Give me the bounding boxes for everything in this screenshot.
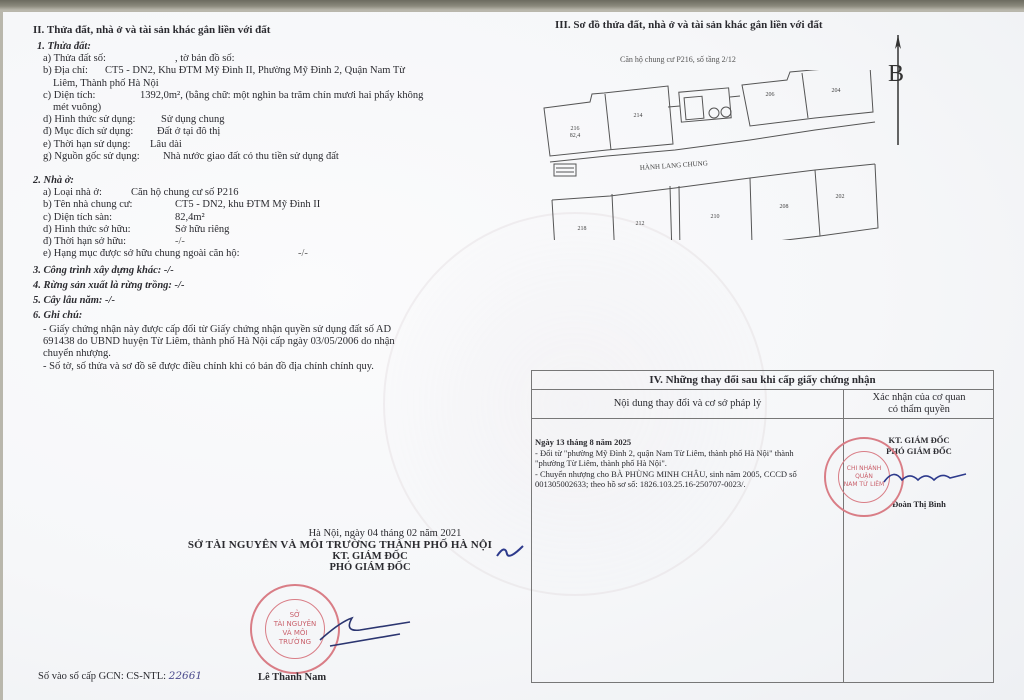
branch-signature-icon [880,462,970,492]
entry-line1: - Đổi từ "phường Mỹ Đình 2, quận Nam Từ … [535,448,835,459]
house-type-label: a) Loại nhà ở: [43,187,102,198]
purpose-value: Đất ở tại đô thị [157,126,220,137]
entry-line2: "phường Từ Liêm, thành phố Hà Nội". [535,458,835,469]
origin-label: g) Nguồn gốc sử dụng: [43,151,140,162]
svg-text:HÀNH LANG CHUNG: HÀNH LANG CHUNG [640,159,708,172]
ownership-value: Sở hữu riêng [175,224,229,235]
notes-heading: 6. Ghi chú: [33,310,395,324]
issuer-signer-name: Lê Thanh Nam [258,672,326,683]
issuing-org: SỞ TÀI NGUYÊN VÀ MÔI TRƯỜNG THÀNH PHỐ HÀ… [165,539,515,551]
area-label: c) Diện tích: [43,90,95,101]
note1-line3: chuyển nhượng. [33,348,395,360]
issue-date: Hà Nội, ngày 04 tháng 02 năm 2021 [165,528,515,539]
issuer-role2: PHÓ GIÁM ĐỐC [165,562,515,573]
address-label: b) Địa chỉ: [43,65,88,76]
house-section: 2. Nhà ở: a) Loại nhà ở: Căn hộ chung cư… [33,175,240,260]
own-term-value: -/- [175,236,185,247]
floor-plan-diagram: 216 82,4 214 218 212 210 208 202 206 204… [540,70,880,240]
registry-label: Số vào sổ cấp GCN: CS-NTL: [38,671,166,682]
other-items: 3. Công trình xây dựng khác: -/- 4. Rừng… [33,265,395,373]
map-sheet-label: , tờ bản đồ số: [175,53,235,64]
branch-stamp-top: CHI NHÁNH [847,465,881,473]
signature-scribble-icon [300,612,420,652]
branch-stamp-mid: QUẬN [855,473,873,481]
area-value-cont: mét vuông) [33,102,159,114]
address-line1: CT5 - DN2, Khu ĐTM Mỹ Đình II, Phường Mỹ… [105,65,405,76]
issuer-role1: KT. GIÁM ĐỐC [165,551,515,562]
svg-text:206: 206 [766,92,775,98]
entry-date: Ngày 13 tháng 8 năm 2025 [535,437,835,448]
parcel-no-label: a) Thửa đất số: [43,53,106,64]
svg-text:208: 208 [780,204,789,210]
entry-line3: - Chuyển nhượng cho BÀ PHÙNG MINH CHÂU, … [535,469,835,480]
use-form-value: Sử dụng chung [161,114,224,125]
building-label: b) Tên nhà chung cư: [43,199,132,210]
north-arrow-icon: B [880,35,920,145]
building-value: CT5 - DN2, khu ĐTM Mỹ Đình II [175,199,320,210]
col-header-confirmation-line1: Xác nhận của cơ quan [844,392,994,404]
area-value: 1392,0m², (bằng chữ: một nghìn ba trăm c… [140,90,423,101]
branch-stamp-bot: NAM TỪ LIÊM [844,481,884,489]
house-heading: 2. Nhà ở: [33,175,240,187]
svg-text:214: 214 [634,113,643,119]
term-value: Lâu dài [150,139,182,150]
change-entry: Ngày 13 tháng 8 năm 2025 - Đổi từ "phườn… [535,437,835,490]
floor-area-label: c) Diện tích sàn: [43,212,112,223]
svg-text:218: 218 [578,226,587,232]
address-line2: Liêm, Thành phố Hà Nội [33,78,159,90]
svg-text:212: 212 [636,221,645,227]
registry-value: 22661 [169,670,202,682]
perennial-trees: 5. Cây lâu năm: -/- [33,295,395,310]
shared-items-label: e) Hạng mục được sở hữu chung ngoài căn … [43,248,240,259]
registry-number: Số vào sổ cấp GCN: CS-NTL: 22661 [38,670,202,682]
svg-text:216: 216 [571,126,580,132]
changes-table: IV. Những thay đổi sau khi cấp giấy chứn… [531,370,994,683]
col-header-content: Nội dung thay đổi và cơ sở pháp lý [532,389,844,419]
land-heading: 1. Thửa đất: [33,41,159,53]
issuer-signature-block: Hà Nội, ngày 04 tháng 02 năm 2021 SỞ TÀI… [165,528,515,573]
col-header-confirmation: Xác nhận của cơ quan có thẩm quyền [844,389,994,419]
note1-line2: 691438 do UBND huyện Từ Liêm, thành phố … [33,336,395,348]
shared-items-value: -/- [298,248,308,259]
initial-mark-icon [495,540,525,564]
term-label: e) Thời hạn sử dụng: [43,139,130,150]
other-construction: 3. Công trình xây dựng khác: -/- [33,265,395,280]
svg-text:B: B [888,61,904,87]
production-forest: 4. Rừng sản xuất là rừng trồng: -/- [33,280,395,295]
section-3-title: III. Sơ đồ thửa đất, nhà ở và tài sản kh… [555,19,823,31]
col-header-confirmation-line2: có thẩm quyền [844,404,994,416]
own-term-label: đ) Thời hạn sở hữu: [43,236,126,247]
land-section: 1. Thửa đất: a) Thửa đất số: , tờ bản đồ… [33,41,159,163]
section-4-title: IV. Những thay đổi sau khi cấp giấy chứn… [532,371,993,390]
floor-area-value: 82,4m² [175,212,205,223]
origin-value: Nhà nước giao đất có thu tiền sử dụng đấ… [163,151,339,162]
house-type-value: Căn hộ chung cư số P216 [131,187,238,198]
use-form-label: d) Hình thức sử dụng: [43,114,135,125]
svg-text:202: 202 [836,194,845,200]
purpose-label: đ) Mục đích sử dụng: [43,126,133,137]
svg-text:210: 210 [711,214,720,220]
entry-line4: 001305002633; theo hồ sơ số: 1826.103.25… [535,479,835,490]
svg-text:204: 204 [832,88,841,94]
ownership-label: d) Hình thức sở hữu: [43,224,131,235]
svg-text:82,4: 82,4 [570,133,581,139]
note1-line1: - Giấy chứng nhận này được cấp đổi từ Gi… [33,324,395,336]
section-2-title: II. Thửa đất, nhà ở và tài sản khác gắn … [33,24,270,36]
stamp-text-top: SỞ [290,611,301,620]
note2: - Số tờ, số thửa và sơ đồ sẽ được điều c… [33,361,395,373]
plan-caption: Căn hộ chung cư P216, số tầng 2/12 [620,55,736,64]
